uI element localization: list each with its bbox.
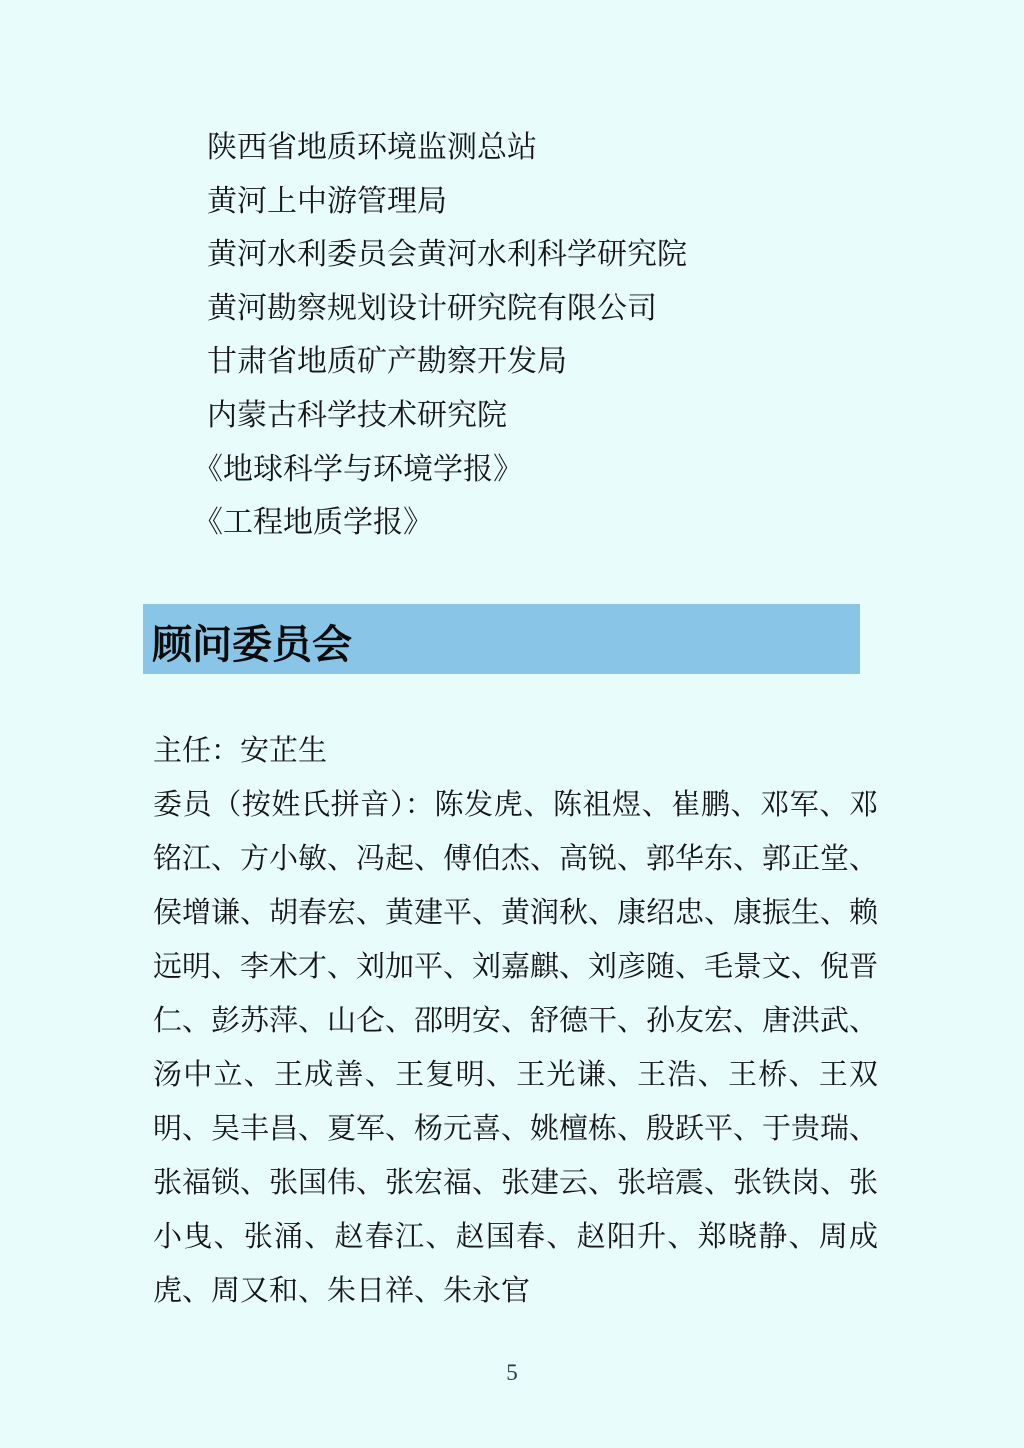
advisory-committee-block: 主任：安芷生 委员（按姓氏拼音）：陈发虎、陈祖煜、崔鹏、邓军、邓铭江、方小敏、冯… — [153, 724, 878, 1318]
organization-item: 黄河水利委员会黄河水利科学研究院 — [207, 228, 687, 282]
organization-item: 陕西省地质环境监测总站 — [207, 121, 687, 175]
organization-item: 内蒙古科学技术研究院 — [207, 389, 687, 443]
organization-item: 黄河勘察规划设计研究院有限公司 — [207, 282, 687, 336]
organization-item: 《工程地质学报》 — [207, 496, 687, 550]
director-line: 主任：安芷生 — [153, 724, 878, 778]
organization-list: 陕西省地质环境监测总站黄河上中游管理局黄河水利委员会黄河水利科学研究院黄河勘察规… — [207, 121, 687, 550]
members-label: 委员（按姓氏拼音）： — [153, 789, 435, 821]
director-label: 主任： — [153, 735, 240, 767]
organization-item: 甘肃省地质矿产勘察开发局 — [207, 335, 687, 389]
section-header-bar: 顾问委员会 — [143, 604, 860, 674]
organization-item: 《地球科学与环境学报》 — [207, 443, 687, 497]
document-page: 陕西省地质环境监测总站黄河上中游管理局黄河水利委员会黄河水利科学研究院黄河勘察规… — [0, 0, 1024, 1448]
members-paragraph: 委员（按姓氏拼音）：陈发虎、陈祖煜、崔鹏、邓军、邓铭江、方小敏、冯起、傅伯杰、高… — [153, 778, 878, 1318]
members-names: 陈发虎、陈祖煜、崔鹏、邓军、邓铭江、方小敏、冯起、傅伯杰、高锐、郭华东、郭正堂、… — [153, 789, 878, 1307]
organization-item: 黄河上中游管理局 — [207, 175, 687, 229]
page-number: 5 — [0, 1360, 1024, 1386]
section-title: 顾问委员会 — [143, 608, 352, 670]
director-name: 安芷生 — [240, 735, 327, 767]
